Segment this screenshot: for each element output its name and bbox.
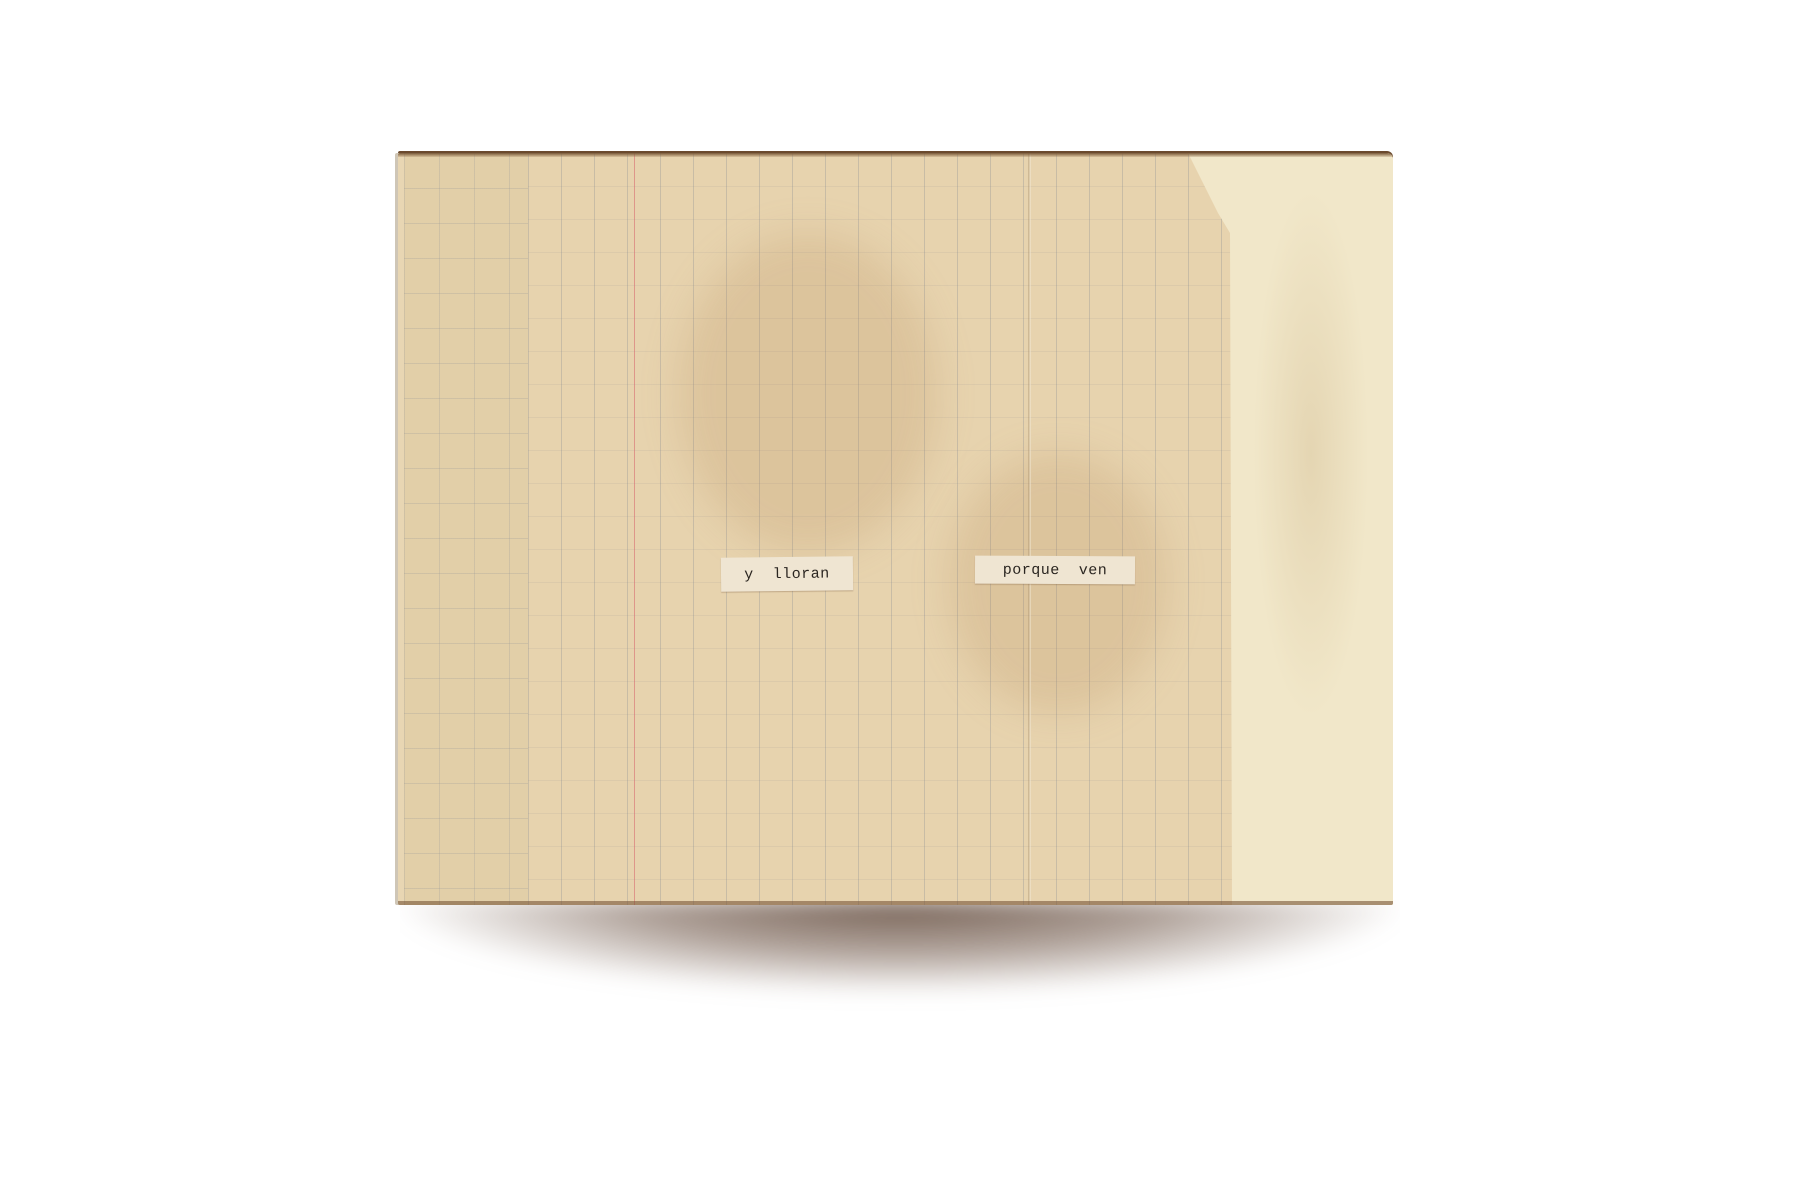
top-edge	[398, 153, 1393, 157]
bottom-edge	[398, 901, 1393, 905]
book-shadow	[400, 900, 1400, 1040]
stain	[678, 233, 938, 553]
typed-strip-left: y lloran	[721, 556, 853, 591]
typed-strip-right: porque ven	[975, 556, 1135, 585]
notebook	[398, 153, 1393, 905]
lined-paper-panel	[528, 153, 1233, 905]
center-fold	[1028, 153, 1031, 905]
grid-paper-panel	[404, 153, 528, 905]
